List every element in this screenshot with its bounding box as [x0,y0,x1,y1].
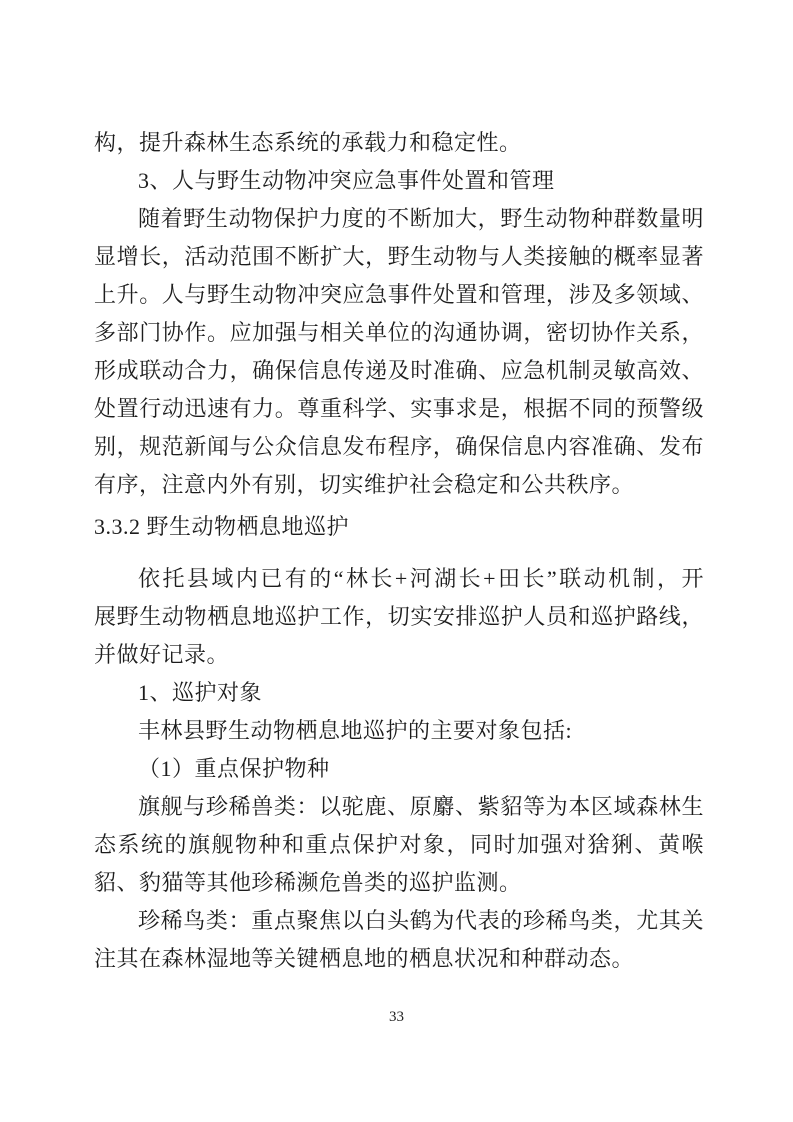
text-line: 貂、豹猫等其他珍稀濒危兽类的巡护监测。 [94,864,704,902]
page-footer: 33 [0,1004,793,1030]
text-line: 上升。人与野生动物冲突应急事件处置和管理，涉及多领域、 [94,276,704,314]
text-line: 注其在森林湿地等关键栖息地的栖息状况和种群动态。 [94,940,704,978]
text-line: 1、巡护对象 [94,674,704,712]
document-body: 构，提升森林生态系统的承载力和稳定性。 3、人与野生动物冲突应急事件处置和管理 … [94,124,704,978]
text-line: 并做好记录。 [94,636,704,674]
page-number: 33 [389,1009,404,1025]
text-line: 处置行动迅速有力。尊重科学、实事求是，根据不同的预警级 [94,390,704,428]
text-line: 珍稀鸟类：重点聚焦以白头鹤为代表的珍稀鸟类，尤其关 [94,902,704,940]
text-line: 态系统的旗舰物种和重点保护对象，同时加强对猞猁、黄喉 [94,826,704,864]
text-line: 3、人与野生动物冲突应急事件处置和管理 [94,162,704,200]
text-line: 多部门协作。应加强与相关单位的沟通协调，密切协作关系， [94,314,704,352]
text-line: 形成联动合力，确保信息传递及时准确、应急机制灵敏高效、 [94,352,704,390]
text-line: 随着野生动物保护力度的不断加大，野生动物种群数量明 [94,200,704,238]
document-page: 构，提升森林生态系统的承载力和稳定性。 3、人与野生动物冲突应急事件处置和管理 … [0,0,793,1122]
text-line: 显增长，活动范围不断扩大，野生动物与人类接触的概率显著 [94,238,704,276]
section-heading-3-3-2: 3.3.2 野生动物栖息地巡护 [94,508,704,546]
text-line: 依托县域内已有的“林长+河湖长+田长”联动机制，开 [94,560,704,598]
text-line: 展野生动物栖息地巡护工作，切实安排巡护人员和巡护路线， [94,598,704,636]
text-line: 构，提升森林生态系统的承载力和稳定性。 [94,124,704,162]
text-line: 有序，注意内外有别，切实维护社会稳定和公共秩序。 [94,466,704,504]
text-line: 丰林县野生动物栖息地巡护的主要对象包括: [94,712,704,750]
text-line: 旗舰与珍稀兽类：以驼鹿、原麝、紫貂等为本区域森林生 [94,788,704,826]
text-line: 别，规范新闻与公众信息发布程序，确保信息内容准确、发布 [94,428,704,466]
text-line: （1）重点保护物种 [94,750,704,788]
